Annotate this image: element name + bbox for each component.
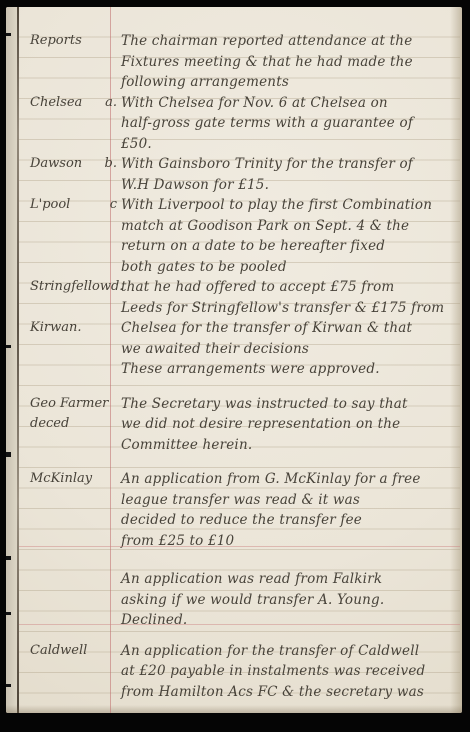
margin-label-line: Kirwan. bbox=[30, 318, 81, 339]
handwriting-line: With Chelsea for Nov. 6 at Chelsea on bbox=[121, 93, 454, 114]
margin-label-line: Chelsea bbox=[30, 93, 82, 114]
item-letter: c bbox=[110, 195, 117, 216]
body-column: An application from G. McKinlay for a fr… bbox=[121, 469, 458, 551]
margin-label-line: L'pool bbox=[30, 195, 70, 216]
entries: ReportsThe chairman reported attendance … bbox=[19, 31, 458, 702]
entry-row: Geo FarmerdecedThe Secretary was instruc… bbox=[19, 394, 458, 456]
body-column: that he had offered to accept £75 fromLe… bbox=[121, 277, 458, 318]
pink-horizontal-rule bbox=[19, 546, 460, 547]
body-column: The Secretary was instructed to say that… bbox=[121, 394, 458, 456]
handwriting-line: An application for the transfer of Caldw… bbox=[121, 641, 454, 662]
handwriting-line: we did not desire representation on the bbox=[121, 414, 454, 435]
item-letter: b. bbox=[105, 154, 117, 175]
margin-label: Geo Farmerdeced bbox=[30, 394, 108, 435]
entry-row: CaldwellAn application for the transfer … bbox=[19, 641, 458, 703]
handwriting-line: following arrangements bbox=[121, 72, 454, 93]
margin-label: McKinlay bbox=[30, 469, 92, 490]
margin-column: Geo Farmerdeced bbox=[19, 394, 121, 435]
handwriting-line: With Gainsboro Trinity for the transfer … bbox=[121, 154, 454, 175]
handwriting-line: league transfer was read & it was bbox=[121, 490, 454, 511]
handwriting-line: Declined. bbox=[121, 610, 454, 631]
handwriting-line: that he had offered to accept £75 from bbox=[121, 277, 454, 298]
pink-horizontal-rule bbox=[19, 624, 460, 625]
margin-label: Stringfellow bbox=[30, 277, 111, 298]
binding-strip bbox=[6, 7, 17, 713]
binding-tick bbox=[6, 345, 11, 348]
handwriting-line: W.H Dawson for £15. bbox=[121, 175, 454, 196]
margin-label-line: Reports bbox=[30, 31, 82, 52]
photo-background: ReportsThe chairman reported attendance … bbox=[0, 0, 470, 732]
margin-column: Dawsonb. bbox=[19, 154, 121, 175]
margin-label: Chelsea bbox=[30, 93, 82, 114]
margin-label: L'pool bbox=[30, 195, 70, 216]
handwriting-line: from Hamilton Acs FC & the secretary was bbox=[121, 682, 454, 703]
handwriting-line: both gates to be pooled bbox=[121, 257, 454, 278]
handwriting-line: Chelsea for the transfer of Kirwan & tha… bbox=[121, 318, 454, 339]
margin-label-line: Geo Farmer bbox=[30, 394, 108, 415]
handwriting-line: decided to reduce the transfer fee bbox=[121, 510, 454, 531]
minute-book-page: ReportsThe chairman reported attendance … bbox=[6, 7, 462, 713]
handwriting-line: from £25 to £10 bbox=[121, 531, 454, 552]
binding-tick bbox=[6, 684, 11, 687]
margin-column: Chelseaa. bbox=[19, 93, 121, 114]
handwriting-line: return on a date to be hereafter fixed bbox=[121, 236, 454, 257]
margin-label-line: Dawson bbox=[30, 154, 82, 175]
body-column: Chelsea for the transfer of Kirwan & tha… bbox=[121, 318, 458, 380]
body-column: With Chelsea for Nov. 6 at Chelsea onhal… bbox=[121, 93, 458, 155]
handwriting-line: These arrangements were approved. bbox=[121, 359, 454, 380]
binding-tick bbox=[6, 612, 11, 615]
page-bottom-edge bbox=[6, 705, 462, 713]
margin-label: Caldwell bbox=[30, 641, 87, 662]
handwriting-line: The Secretary was instructed to say that bbox=[121, 394, 454, 415]
handwriting-line: The chairman reported attendance at the bbox=[121, 31, 454, 52]
body-column: With Liverpool to play the first Combina… bbox=[121, 195, 458, 277]
handwriting-line: With Liverpool to play the first Combina… bbox=[121, 195, 454, 216]
handwriting-line: Committee herein. bbox=[121, 435, 454, 456]
margin-label-line: Stringfellow bbox=[30, 277, 111, 298]
binding-tick bbox=[6, 556, 11, 560]
body-column: An application for the transfer of Caldw… bbox=[121, 641, 458, 703]
body-column: With Gainsboro Trinity for the transfer … bbox=[121, 154, 458, 195]
entry-row: L'poolcWith Liverpool to play the first … bbox=[19, 195, 458, 277]
margin-column: Reports bbox=[19, 31, 121, 52]
handwriting-line: Fixtures meeting & that he had made the bbox=[121, 52, 454, 73]
margin-column: L'poolc bbox=[19, 195, 121, 216]
entry-row: McKinlayAn application from G. McKinlay … bbox=[19, 469, 458, 551]
entry-row: Chelseaa.With Chelsea for Nov. 6 at Chel… bbox=[19, 93, 458, 155]
margin-label-line: Caldwell bbox=[30, 641, 87, 662]
handwriting-line: we awaited their decisions bbox=[121, 339, 454, 360]
handwriting-line: at £20 payable in instalments was receiv… bbox=[121, 661, 454, 682]
body-column: The chairman reported attendance at theF… bbox=[121, 31, 458, 93]
handwriting-line: An application was read from Falkirk bbox=[121, 569, 454, 590]
handwriting-line: £50. bbox=[121, 134, 454, 155]
margin-label: Reports bbox=[30, 31, 82, 52]
binding-tick bbox=[6, 33, 11, 36]
handwriting-line: asking if we would transfer A. Young. bbox=[121, 590, 454, 611]
margin-column: Stringfellowd. bbox=[19, 277, 121, 298]
handwriting-line: An application from G. McKinlay for a fr… bbox=[121, 469, 454, 490]
item-letter: a. bbox=[105, 93, 117, 114]
binding-tick bbox=[6, 452, 11, 457]
margin-label-line: McKinlay bbox=[30, 469, 92, 490]
margin-label-line: deced bbox=[30, 414, 108, 435]
margin-column: Caldwell bbox=[19, 641, 121, 662]
entry-row: Dawsonb.With Gainsboro Trinity for the t… bbox=[19, 154, 458, 195]
entry-row: ReportsThe chairman reported attendance … bbox=[19, 31, 458, 93]
handwriting-line: match at Goodison Park on Sept. 4 & the bbox=[121, 216, 454, 237]
handwriting-line: Leeds for Stringfellow's transfer & £175… bbox=[121, 298, 454, 319]
body-column: An application was read from Falkirkaski… bbox=[121, 569, 458, 631]
margin-column: Kirwan. bbox=[19, 318, 121, 339]
entry-row: Stringfellowd.that he had offered to acc… bbox=[19, 277, 458, 318]
margin-column: McKinlay bbox=[19, 469, 121, 490]
margin-label: Kirwan. bbox=[30, 318, 81, 339]
handwriting-line: half-gross gate terms with a guarantee o… bbox=[121, 113, 454, 134]
entry-row: Kirwan.Chelsea for the transfer of Kirwa… bbox=[19, 318, 458, 380]
entry-row: An application was read from Falkirkaski… bbox=[19, 569, 458, 631]
margin-label: Dawson bbox=[30, 154, 82, 175]
